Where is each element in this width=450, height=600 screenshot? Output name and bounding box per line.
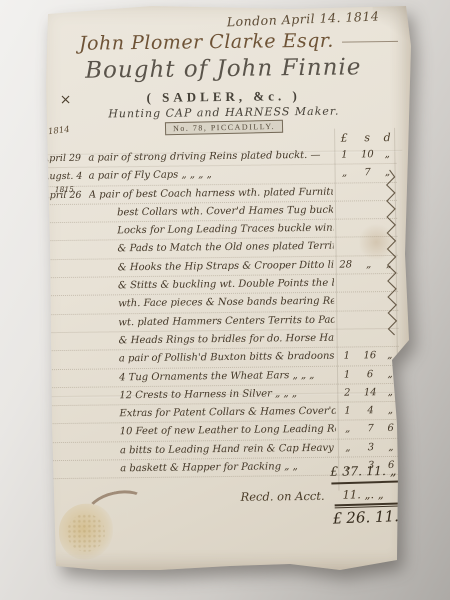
entry-desc: 10 Feet of new Leather to Long Leading R… [92,424,336,441]
entry-date: 1815April 26 [43,189,89,204]
entry-desc: & Pads to Match the Old ones plated Terr… [89,241,333,258]
subtotal-rule [331,480,419,484]
entry-desc: wth. Face pieces & Nose bands bearing Re… [90,296,334,313]
entry-desc: best Collars wth. Cover'd Hames Tug buck… [89,205,333,222]
pence-header: d [378,132,396,146]
received-label: Recd. on Acct. [240,489,324,504]
ledger-row: a baskett & Happer for Packing „ „ „36 [46,457,400,480]
year-note: 1815 [55,183,74,195]
entry-desc: wt. plated Hammers Centers Territs to Pa… [90,314,334,331]
pounds-header: £ [332,132,356,146]
foxing-stain [359,222,393,262]
corner-discoloration [373,2,412,46]
entry-desc: Locks for Long Leading Traces buckle win… [89,223,333,240]
entry-desc: a pair of Fly Caps „ „ „ „ [89,168,333,185]
entry-date: April 29 [42,153,88,168]
x-mark: × [60,92,72,108]
entry-desc: A pair of best Coach harness wth. plated… [89,186,333,203]
entry-desc: a baskett & Happer for Packing „ „ [92,461,336,478]
entry-desc: & Stitts & buckling wt. Double Points th… [90,278,334,295]
entry-desc: & Heads Rings to bridles for do. Horse H… [91,333,335,350]
entry-desc: 12 Crests to Harness in Silver „ „ „ [91,388,335,405]
customer-row: John Plomer Clarke Esqr. [79,29,409,55]
balance-due: £26. 11. [332,507,399,528]
received-amount: 11. „. „ [342,487,383,502]
entry-desc: a bitts to Leading Hand rein & Cap Heavy… [92,442,336,459]
shillings-header: s [356,132,378,146]
ledger-rows: £ s d April 29 a pair of strong driving … [42,132,400,480]
balance-rule [335,505,419,508]
photo-background: London April 14. 1814 John Plomer Clarke… [0,0,450,600]
invoice-content: London April 14. 1814 John Plomer Clarke… [37,2,416,577]
entry-desc: 4 Tug Ornaments the Wheat Ears „ „ „ [91,369,335,386]
bought-of-line: Bought of John Finnie [37,54,409,85]
entry-desc: Extras for Patent Collars & Hames Cover'… [91,406,335,423]
paper-sheet: London April 14. 1814 John Plomer Clarke… [40,4,412,574]
balance-rule [335,502,419,506]
entry-desc: & Hooks the Hip Straps & Crooper Ditto l… [90,259,334,276]
invoice-paper: London April 14. 1814 John Plomer Clarke… [0,0,450,600]
entry-desc: a pair of strong driving Reins plated bu… [88,150,332,167]
customer-name: John Plomer Clarke Esqr. [79,30,334,55]
entry-desc: a pair of Pollish'd Buxton bitts & brado… [91,351,335,368]
